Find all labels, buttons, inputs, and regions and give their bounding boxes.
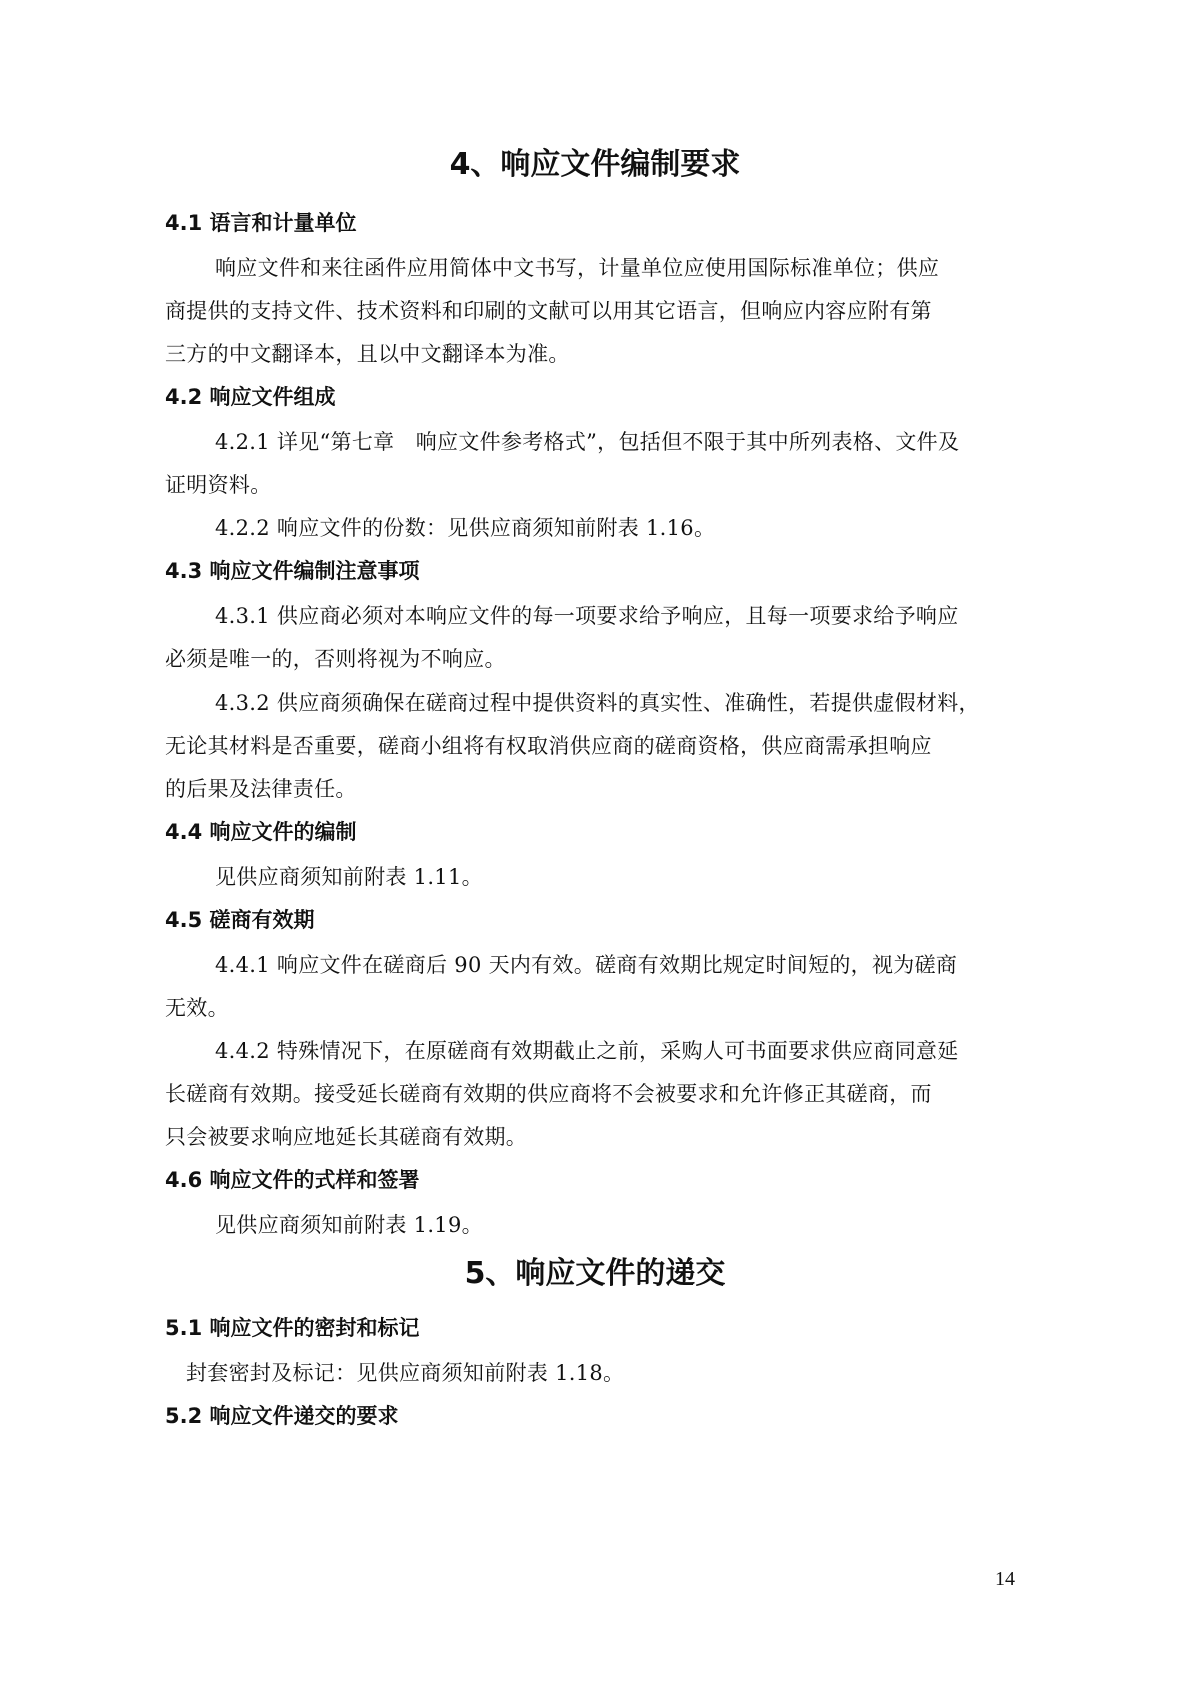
paragraph-line: 见供应商须知前附表 1.11。 (215, 862, 1075, 892)
paragraph-line: 4.2.1 详见“第七章 响应文件参考格式”，包括但不限于其中所列表格、文件及 (215, 427, 1075, 457)
heading-4-2: 4.2 响应文件组成 (165, 382, 336, 412)
heading-4-4: 4.4 响应文件的编制 (165, 817, 357, 847)
paragraph-line: 见供应商须知前附表 1.19。 (215, 1210, 1075, 1240)
section-4-title: 4、响应文件编制要求 (0, 145, 1190, 185)
paragraph-line: 证明资料。 (165, 470, 1025, 500)
paragraph-line: 三方的中文翻译本，且以中文翻译本为准。 (165, 339, 1025, 369)
heading-4-1: 4.1 语言和计量单位 (165, 208, 357, 238)
paragraph-line: 必须是唯一的，否则将视为不响应。 (165, 644, 1025, 674)
section-5-title: 5、响应文件的递交 (0, 1254, 1190, 1294)
heading-5-2: 5.2 响应文件递交的要求 (165, 1401, 399, 1431)
heading-5-1: 5.1 响应文件的密封和标记 (165, 1313, 420, 1343)
paragraph-line: 4.4.1 响应文件在磋商后 90 天内有效。磋商有效期比规定时间短的，视为磋商 (215, 950, 1075, 980)
paragraph-line: 4.3.2 供应商须确保在磋商过程中提供资料的真实性、准确性，若提供虚假材料， (215, 688, 1075, 718)
paragraph-line: 4.2.2 响应文件的份数：见供应商须知前附表 1.16。 (215, 513, 1075, 543)
paragraph-line: 无效。 (165, 993, 1025, 1023)
paragraph-line: 响应文件和来往函件应用简体中文书写，计量单位应使用国际标准单位；供应 (215, 253, 1075, 283)
page-number: 14 (995, 1566, 1015, 1592)
paragraph-line: 无论其材料是否重要，磋商小组将有权取消供应商的磋商资格，供应商需承担响应 (165, 731, 1025, 761)
paragraph-line: 只会被要求响应地延长其磋商有效期。 (165, 1122, 1025, 1152)
paragraph-line: 长磋商有效期。接受延长磋商有效期的供应商将不会被要求和允许修正其磋商，而 (165, 1079, 1025, 1109)
paragraph-line: 4.4.2 特殊情况下，在原磋商有效期截止之前，采购人可书面要求供应商同意延 (215, 1036, 1075, 1066)
heading-4-3: 4.3 响应文件编制注意事项 (165, 556, 420, 586)
document-page: 4、响应文件编制要求 4.1 语言和计量单位 响应文件和来往函件应用简体中文书写… (0, 0, 1190, 1682)
paragraph-line: 封套密封及标记：见供应商须知前附表 1.18。 (186, 1358, 1046, 1388)
heading-4-5: 4.5 磋商有效期 (165, 905, 315, 935)
heading-4-6: 4.6 响应文件的式样和签署 (165, 1165, 420, 1195)
paragraph-line: 4.3.1 供应商必须对本响应文件的每一项要求给予响应，且每一项要求给予响应 (215, 601, 1075, 631)
paragraph-line: 商提供的支持文件、技术资料和印刷的文献可以用其它语言，但响应内容应附有第 (165, 296, 1025, 326)
paragraph-line: 的后果及法律责任。 (165, 774, 1025, 804)
